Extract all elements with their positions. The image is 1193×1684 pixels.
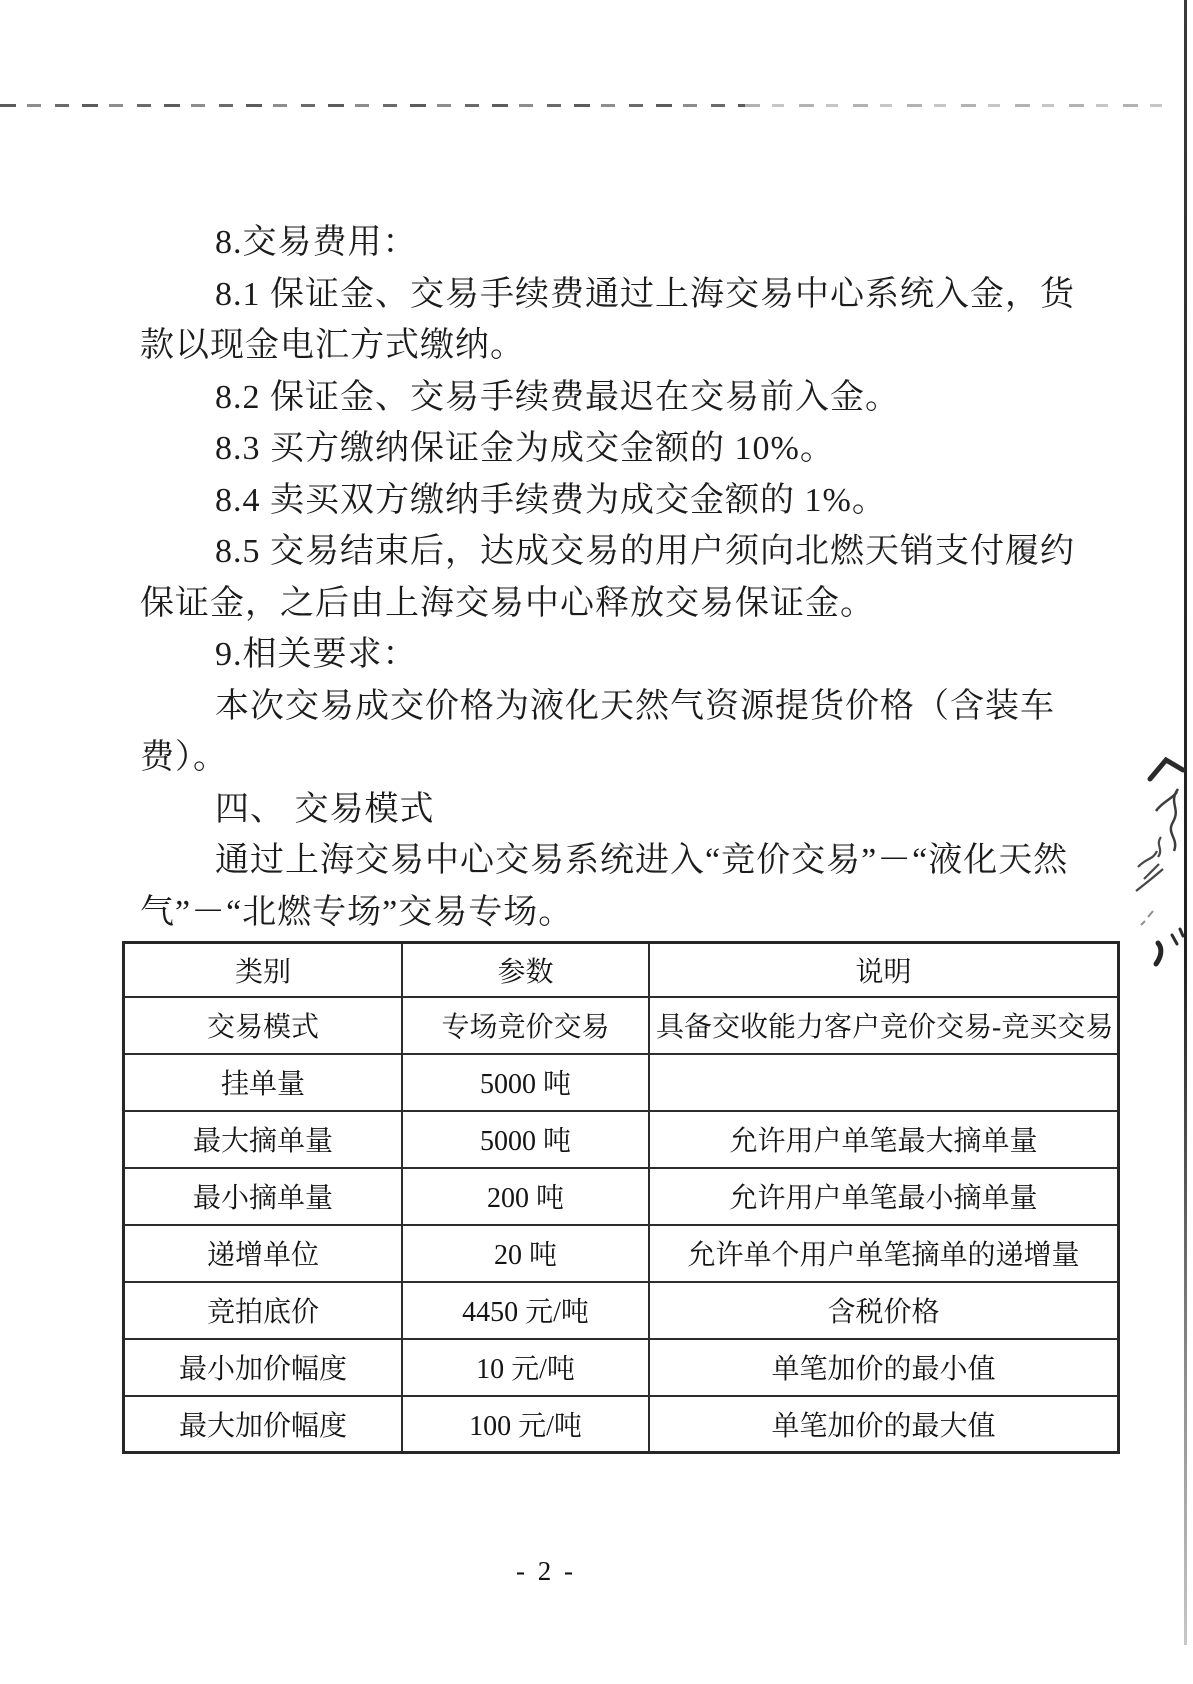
table-row: 竞拍底价 4450 元/吨 含税价格 [124, 1282, 1119, 1339]
table-row: 交易模式 专场竞价交易 具备交收能力客户竞价交易-竞买交易 [124, 997, 1119, 1054]
table-cell: 最小加价幅度 [124, 1339, 403, 1396]
col-header-category: 类别 [124, 943, 403, 997]
body-line: 通过上海交易中心交易系统进入“竞价交易”－“液化天然 [140, 835, 1070, 887]
table-cell: 竞拍底价 [124, 1282, 403, 1339]
table-cell: 10 元/吨 [402, 1339, 649, 1396]
body-line: 8.2 保证金、交易手续费最迟在交易前入金。 [140, 372, 1070, 424]
table-cell: 5000 吨 [402, 1111, 649, 1168]
section-heading: 四、 交易模式 [140, 784, 1070, 836]
body-line: 8.3 买方缴纳保证金为成交金额的 10%。 [140, 423, 1070, 475]
scan-dashed-line-right [745, 104, 1173, 107]
table-cell: 交易模式 [124, 997, 403, 1054]
table-header-row: 类别 参数 说明 [124, 943, 1119, 997]
scanned-document-page: 8.交易费用： 8.1 保证金、交易手续费通过上海交易中心系统入金，货 款以现金… [0, 0, 1193, 1684]
body-line: 8.4 卖买双方缴纳手续费为成交金额的 1%。 [140, 475, 1070, 527]
table-cell: 4450 元/吨 [402, 1282, 649, 1339]
table-row: 最小摘单量 200 吨 允许用户单笔最小摘单量 [124, 1168, 1119, 1225]
body-line: 保证金，之后由上海交易中心释放交易保证金。 [140, 578, 1070, 630]
table-row: 递增单位 20 吨 允许单个用户单笔摘单的递增量 [124, 1225, 1119, 1282]
table-cell: 单笔加价的最小值 [649, 1339, 1119, 1396]
table-cell: 允许用户单笔最大摘单量 [649, 1111, 1119, 1168]
body-line: 9.相关要求： [140, 629, 1070, 681]
table-cell: 200 吨 [402, 1168, 649, 1225]
body-line: 款以现金电汇方式缴纳。 [140, 320, 1070, 372]
body-line: 本次交易成交价格为液化天然气资源提货价格（含装车 [140, 681, 1070, 733]
page-number: - 2 - [0, 1556, 1092, 1587]
table-cell: 允许单个用户单笔摘单的递增量 [649, 1225, 1119, 1282]
table-row: 最小加价幅度 10 元/吨 单笔加价的最小值 [124, 1339, 1119, 1396]
table-cell: 5000 吨 [402, 1054, 649, 1111]
body-line: 8.1 保证金、交易手续费通过上海交易中心系统入金，货 [140, 269, 1070, 321]
body-line: 费）。 [140, 732, 1070, 784]
col-header-description: 说明 [649, 943, 1119, 997]
table-cell: 含税价格 [649, 1282, 1119, 1339]
table-cell [649, 1054, 1119, 1111]
table-row: 最大加价幅度 100 元/吨 单笔加价的最大值 [124, 1396, 1119, 1453]
body-line: 气”－“北燃专场”交易专场。 [140, 887, 1070, 939]
table-cell: 挂单量 [124, 1054, 403, 1111]
table-cell: 专场竞价交易 [402, 997, 649, 1054]
table-cell: 最小摘单量 [124, 1168, 403, 1225]
table-cell: 递增单位 [124, 1225, 403, 1282]
table-cell: 单笔加价的最大值 [649, 1396, 1119, 1453]
trading-parameters-table: 类别 参数 说明 交易模式 专场竞价交易 具备交收能力客户竞价交易-竞买交易 挂… [122, 941, 1120, 1454]
table-row: 挂单量 5000 吨 [124, 1054, 1119, 1111]
table-cell: 最大摘单量 [124, 1111, 403, 1168]
col-header-parameter: 参数 [402, 943, 649, 997]
table-cell: 20 吨 [402, 1225, 649, 1282]
handwritten-annotation [1128, 745, 1190, 1000]
table-cell: 具备交收能力客户竞价交易-竞买交易 [649, 997, 1119, 1054]
document-body-text: 8.交易费用： 8.1 保证金、交易手续费通过上海交易中心系统入金，货 款以现金… [140, 217, 1070, 938]
body-line: 8.5 交易结束后，达成交易的用户须向北燃天销支付履约 [140, 526, 1070, 578]
table-cell: 允许用户单笔最小摘单量 [649, 1168, 1119, 1225]
table-row: 最大摘单量 5000 吨 允许用户单笔最大摘单量 [124, 1111, 1119, 1168]
table-cell: 最大加价幅度 [124, 1396, 403, 1453]
table-cell: 100 元/吨 [402, 1396, 649, 1453]
body-line: 8.交易费用： [140, 217, 1070, 269]
scan-dashed-line-left [0, 104, 745, 107]
